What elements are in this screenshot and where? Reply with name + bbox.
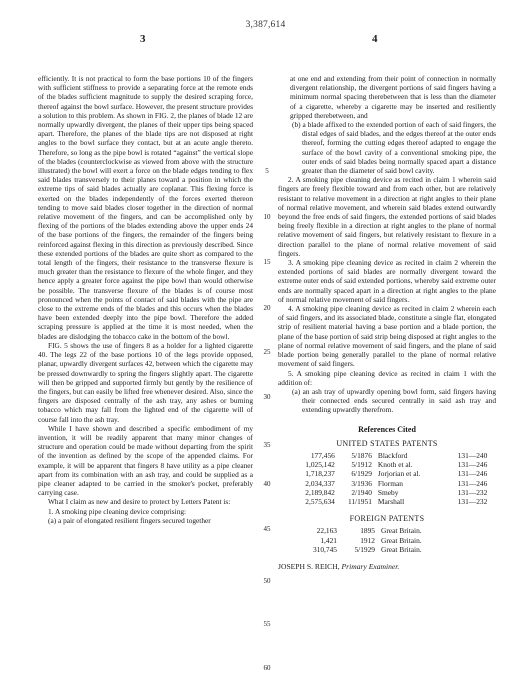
claim-1-a-continued: at one end and extending from their poin… xyxy=(278,74,496,120)
patent-number-cell: 2,034,337 xyxy=(286,479,338,488)
line-number: 40 xyxy=(260,480,274,488)
right-column: at one end and extending from their poin… xyxy=(278,74,496,571)
class-cell: 131—246 xyxy=(455,479,496,488)
claim-1-a-start: (a) a pair of elongated resilient finger… xyxy=(38,516,253,525)
patent-number-cell: 1,718,237 xyxy=(286,469,338,478)
date-cell: 2/1940 xyxy=(338,488,375,497)
claim-1-b: (b) a blade affixed to the extended port… xyxy=(278,120,496,175)
table-row: 22,163 1895 Great Britain. xyxy=(286,526,462,535)
class-cell: 131—232 xyxy=(455,497,496,506)
date-cell: 5/1876 xyxy=(338,451,375,460)
table-row: 1,421 1912 Great Britain. xyxy=(286,536,462,545)
class-cell: 131—240 xyxy=(455,451,496,460)
table-row: 1,025,142 5/1912 Knoth et al. 131—246 xyxy=(286,460,496,469)
inventor-cell: Florman xyxy=(375,479,455,488)
inventor-cell: Knoth et al. xyxy=(375,460,455,469)
patent-number-cell: 1,421 xyxy=(286,536,340,545)
line-number: 15 xyxy=(260,258,274,266)
line-number: 20 xyxy=(260,304,274,312)
inventor-cell: Jorjorian et al. xyxy=(375,469,455,478)
line-number: 5 xyxy=(260,167,274,175)
class-cell: 131—246 xyxy=(455,460,496,469)
inventor-cell: Blackford xyxy=(375,451,455,460)
examiner-line: JOSEPH S. REICH, Primary Examiner. xyxy=(278,562,496,571)
date-cell: 11/1951 xyxy=(338,497,375,506)
body-paragraph: While I have shown and described a speci… xyxy=(38,424,253,498)
patent-number-cell: 22,163 xyxy=(286,526,340,535)
body-paragraph: efficiently. It is not practical to form… xyxy=(38,74,253,341)
line-number: 55 xyxy=(260,620,274,628)
foreign-patents-table: 22,163 1895 Great Britain. 1,421 1912 Gr… xyxy=(286,526,462,554)
patent-number-cell: 310,745 xyxy=(286,545,340,554)
table-row: 2,575,634 11/1951 Marshall 131—232 xyxy=(286,497,496,506)
line-number: 35 xyxy=(260,441,274,449)
line-number: 25 xyxy=(260,348,274,356)
left-column-number: 3 xyxy=(140,33,146,45)
date-cell: 1912 xyxy=(340,536,378,545)
table-row: 310,745 5/1929 Great Britain. xyxy=(286,545,462,554)
body-paragraph: FIG. 5 shows the use of fingers 8 as a h… xyxy=(38,341,253,424)
date-cell: 3/1936 xyxy=(338,479,375,488)
patent-number-cell: 177,456 xyxy=(286,451,338,460)
claim-3: 3. A smoking pipe cleaning device as rec… xyxy=(278,258,496,304)
us-patents-heading: UNITED STATES PATENTS xyxy=(278,439,496,448)
us-patents-table: 177,456 5/1876 Blackford 131—240 1,025,1… xyxy=(286,451,496,506)
right-column-number: 4 xyxy=(372,33,378,45)
date-cell: 1895 xyxy=(340,526,378,535)
date-cell: 5/1929 xyxy=(340,545,378,554)
references-title: References Cited xyxy=(278,425,496,434)
foreign-patents-heading: FOREIGN PATENTS xyxy=(278,514,496,523)
claim-4: 4. A smoking pipe cleaning device as rec… xyxy=(278,304,496,368)
inventor-cell: Marshall xyxy=(375,497,455,506)
examiner-name: JOSEPH S. REICH, xyxy=(278,562,340,571)
date-cell: 5/1912 xyxy=(338,460,375,469)
table-row: 1,718,237 6/1929 Jorjorian et al. 131—24… xyxy=(286,469,496,478)
line-number: 50 xyxy=(260,577,274,585)
country-cell: Great Britain. xyxy=(378,545,462,554)
table-row: 177,456 5/1876 Blackford 131—240 xyxy=(286,451,496,460)
line-number: 60 xyxy=(260,664,274,672)
class-cell: 131—232 xyxy=(455,488,496,497)
claims-preamble: What I claim as new and desire to protec… xyxy=(38,497,253,506)
line-number: 45 xyxy=(260,525,274,533)
patent-number-cell: 2,189,842 xyxy=(286,488,338,497)
claim-2: 2. A smoking pipe cleaning device as rec… xyxy=(278,175,496,258)
examiner-title: Primary Examiner. xyxy=(342,562,400,571)
table-row: 2,189,842 2/1940 Smeby 131—232 xyxy=(286,488,496,497)
date-cell: 6/1929 xyxy=(338,469,375,478)
line-number: 10 xyxy=(260,213,274,221)
inventor-cell: Smeby xyxy=(375,488,455,497)
country-cell: Great Britain. xyxy=(378,536,462,545)
claim-1-intro: 1. A smoking pipe cleaning device compri… xyxy=(38,507,253,516)
patent-number: 3,387,614 xyxy=(0,20,531,30)
claim-5: 5. A smoking pipe cleaning device as rec… xyxy=(278,369,496,387)
table-row: 2,034,337 3/1936 Florman 131—246 xyxy=(286,479,496,488)
claim-5-a: (a) an ash tray of upwardly opening bowl… xyxy=(278,387,496,415)
patent-number-cell: 2,575,634 xyxy=(286,497,338,506)
patent-number-cell: 1,025,142 xyxy=(286,460,338,469)
left-column: efficiently. It is not practical to form… xyxy=(38,74,253,525)
line-number: 30 xyxy=(260,393,274,401)
country-cell: Great Britain. xyxy=(378,526,462,535)
class-cell: 131—246 xyxy=(455,469,496,478)
